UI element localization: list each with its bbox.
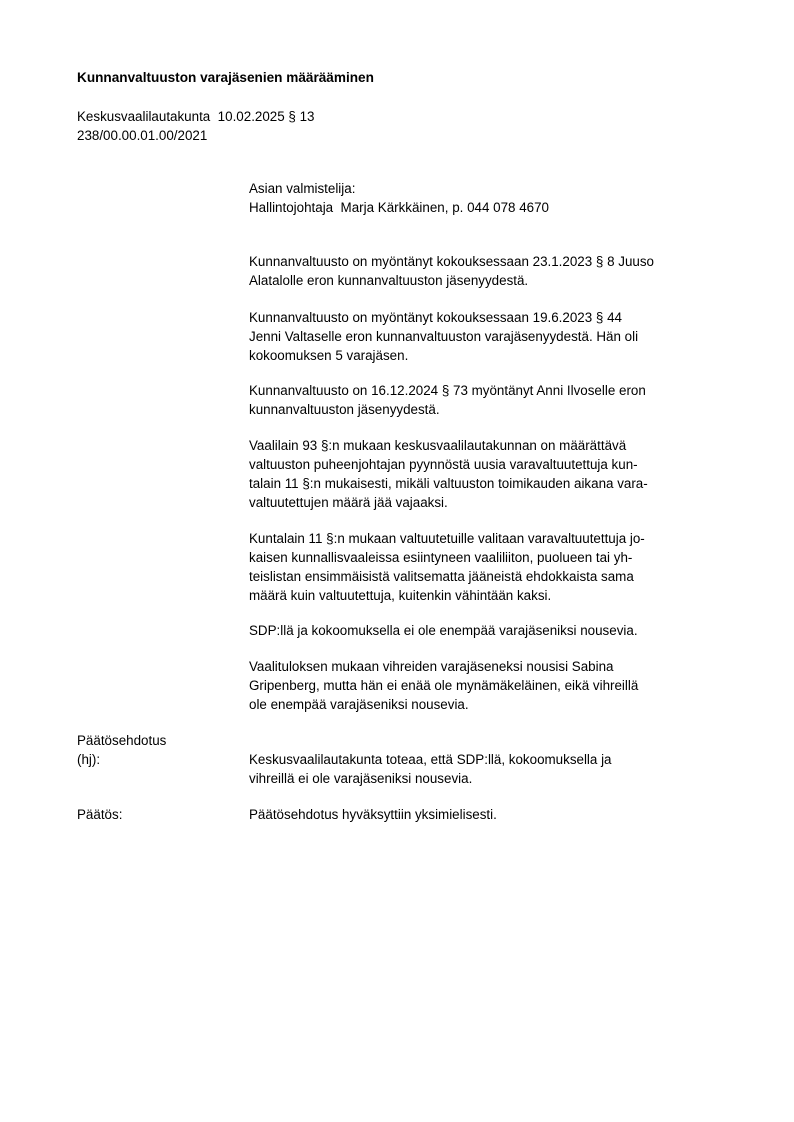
proposal-text: Keskusvaalilautakunta toteaa, että SDP:l… bbox=[249, 750, 737, 788]
paragraph-1: Kunnanvaltuusto on myöntänyt kokouksessa… bbox=[249, 252, 737, 290]
decision-label: Päätös: bbox=[77, 805, 122, 824]
document-title: Kunnanvaltuuston varajäsenien määräämine… bbox=[77, 68, 374, 87]
meeting-line: Keskusvaalilautakunta 10.02.2025 § 13 bbox=[77, 107, 315, 126]
paragraph-7: Vaalituloksen mukaan vihreiden varajäsen… bbox=[249, 657, 737, 714]
proposal-label-line1: Päätösehdotus bbox=[77, 731, 166, 750]
paragraph-3: Kunnanvaltuusto on 16.12.2024 § 73 myönt… bbox=[249, 381, 737, 419]
proposal-label: Päätösehdotus (hj): bbox=[77, 731, 166, 769]
preparer-block: Asian valmistelija: Hallintojohtaja Marj… bbox=[249, 179, 737, 217]
paragraph-5: Kuntalain 11 §:n mukaan valtuutetuille v… bbox=[249, 529, 737, 605]
paragraph-2: Kunnanvaltuusto on myöntänyt kokouksessa… bbox=[249, 308, 737, 365]
preparer-label: Asian valmistelija: bbox=[249, 179, 737, 198]
meeting-info: Keskusvaalilautakunta 10.02.2025 § 13 23… bbox=[77, 107, 315, 145]
preparer-name: Hallintojohtaja Marja Kärkkäinen, p. 044… bbox=[249, 198, 737, 217]
paragraph-6: SDP:llä ja kokoomuksella ei ole enempää … bbox=[249, 621, 737, 640]
paragraph-4: Vaalilain 93 §:n mukaan keskusvaalilauta… bbox=[249, 436, 737, 512]
record-number: 238/00.00.01.00/2021 bbox=[77, 126, 315, 145]
decision-text: Päätösehdotus hyväksyttiin yksimielisest… bbox=[249, 805, 737, 824]
proposal-label-line2: (hj): bbox=[77, 750, 166, 769]
